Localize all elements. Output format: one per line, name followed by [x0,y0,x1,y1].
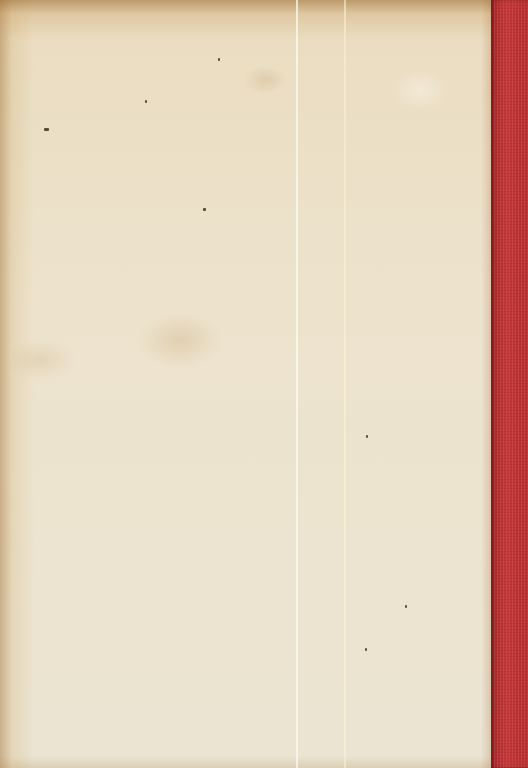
paper-speck [203,208,206,211]
paper-speck [365,648,367,651]
cover-paper [0,0,491,768]
book-cover [0,0,528,768]
paper-speck [44,128,49,131]
paper-speck [145,100,147,103]
paper-speck [218,58,220,61]
paper-crease-line [344,0,346,768]
cloth-spine [491,0,528,768]
paper-speck [366,435,368,438]
paper-crease-line [296,0,298,768]
paper-speck [405,605,407,608]
